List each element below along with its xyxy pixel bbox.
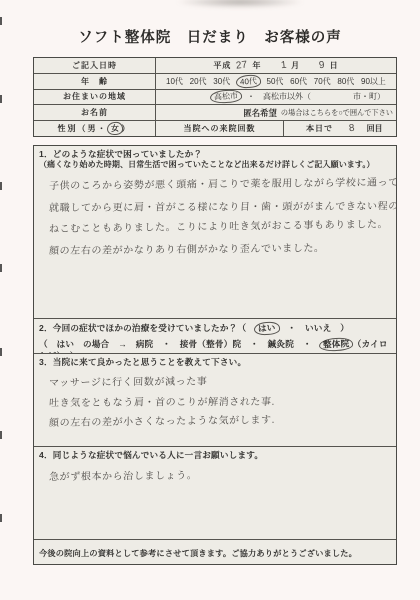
gender-label-open: 性別（ bbox=[58, 123, 88, 134]
area-other-suffix: 市・町） bbox=[353, 91, 385, 102]
question-4-answer: 急がず根本から治しましょう。 bbox=[49, 467, 391, 489]
yes-no-separator: ・ bbox=[279, 323, 305, 333]
answer-no: いいえ bbox=[305, 323, 331, 333]
footer-thanks-text: 今後の院向上の資料として参考にさせて頂きます。ご協力ありがとうございました。 bbox=[39, 548, 357, 559]
age-option-30s: 30代 bbox=[213, 76, 230, 87]
scan-mark bbox=[0, 182, 2, 190]
age-option-40s-circled: 40代 bbox=[236, 74, 262, 88]
row-gender-visits: 性別（ 男 ・ 女 ） 当院への来院回数 本日で 8 回目 bbox=[34, 120, 396, 136]
question-3-answer: マッサージに行く回数が減った事 吐き気をともなう肩・首のこりが解消された事. 顔… bbox=[49, 374, 391, 434]
area-label: お住まいの地域 bbox=[34, 90, 156, 105]
scan-shadow-artifact bbox=[175, 0, 305, 8]
entry-date-label: ご記入日時 bbox=[34, 58, 156, 73]
form-title: ソフト整体院 日だまり お客様の声 bbox=[0, 26, 420, 47]
question-2-section: 2．今回の症状でほかの治療を受けていましたか？（ はい ・ いいえ ） （ はい… bbox=[34, 318, 396, 353]
question-2-heading: 2．今回の症状でほかの治療を受けていましたか？（ はい ・ いいえ ） bbox=[39, 322, 391, 335]
age-option-90plus: 90以上 bbox=[361, 76, 386, 87]
area-value: 高松市 ・ 高松市以外（ 市・町） bbox=[156, 90, 396, 105]
visits-unit: 回目 bbox=[367, 123, 383, 134]
scan-mark bbox=[0, 514, 2, 522]
handwritten-line: 子供のころから姿勢が悪く頭痛・肩こりで薬を服用しながら学校に通っていました。 bbox=[49, 172, 392, 197]
gender-field: 性別（ 男 ・ 女 ） bbox=[34, 121, 156, 136]
footer-section: 今後の院向上の資料として参考にさせて頂きます。ご協力ありがとうございました。 bbox=[34, 539, 396, 566]
gender-option-female-circled: 女 bbox=[106, 122, 123, 136]
year-unit: 年 bbox=[253, 60, 262, 71]
age-option-50s: 50代 bbox=[267, 76, 284, 87]
anonymous-request-note: の場合はこちらを○で囲んで下さい bbox=[281, 108, 393, 118]
question-4-heading: 4．同じような症状で悩んでいる人に一言お願いします。 bbox=[39, 450, 391, 461]
scan-mark bbox=[0, 264, 2, 272]
patient-info-table: ご記入日時 平成 27 年 1 月 9 日 年 齢 10代 20代 30代 40… bbox=[33, 57, 397, 137]
visits-label: 当院への来院回数 bbox=[156, 121, 284, 136]
age-option-60s: 60代 bbox=[290, 76, 307, 87]
question-2-options: （ はい の場合 → 病院 ・ 接骨（整骨）院 ・ 鍼灸院 ・ 整体院（カイロな… bbox=[39, 338, 391, 353]
customer-feedback-form-scan: ソフト整体院 日だまり お客様の声 ご記入日時 平成 27 年 1 月 9 日 … bbox=[0, 0, 420, 600]
question-3-heading: 3．当院に来て良かったと思うことを教えて下さい。 bbox=[39, 357, 391, 368]
question-1-heading: 1．どのような症状で困っていましたか？ bbox=[39, 149, 391, 160]
age-option-10s: 10代 bbox=[166, 76, 183, 87]
scan-mark bbox=[0, 348, 2, 356]
question-1-answer: 子供のころから姿勢が悪く頭痛・肩こりで薬を服用しながら学校に通っていました。 就… bbox=[49, 176, 391, 262]
name-label: お名前 bbox=[34, 105, 156, 120]
row-area: お住まいの地域 高松市 ・ 高松市以外（ 市・町） bbox=[34, 89, 396, 105]
question-1-section: 1．どのような症状で困っていましたか？ （痛くなり始めた時期、日常生活で困ってい… bbox=[34, 146, 396, 318]
questions-table: 1．どのような症状で困っていましたか？ （痛くなり始めた時期、日常生活で困ってい… bbox=[33, 145, 397, 565]
area-city-circled: 高松市 bbox=[210, 90, 243, 105]
scan-mark bbox=[0, 17, 2, 25]
question-2-close: ） bbox=[331, 323, 349, 333]
scan-mark bbox=[0, 431, 2, 439]
age-option-80s: 80代 bbox=[337, 76, 354, 87]
question-1-subheading: （痛くなり始めた時期、日常生活で困っていたことなど出来るだけ詳しくご記入願います… bbox=[39, 160, 391, 170]
year-value-handwritten: 27 bbox=[234, 59, 250, 72]
handwritten-line: 顔の左右の差がかなりあり右側がかなり歪んでいました。 bbox=[49, 237, 392, 262]
age-option-70s: 70代 bbox=[314, 76, 331, 87]
name-value: 匿名希望 の場合はこちらを○で囲んで下さい bbox=[156, 105, 396, 120]
handwritten-line: マッサージに行く回数が減った事 bbox=[49, 370, 391, 394]
month-value-handwritten: 1 bbox=[278, 59, 289, 71]
handwritten-line: 顔の左右の差が小さくなったような気がします. bbox=[49, 409, 391, 434]
treatment-options-text: （ はい の場合 → 病院 ・ 接骨（整骨）院 ・ 鍼灸院 ・ bbox=[39, 339, 320, 349]
visits-count-handwritten: 8 bbox=[346, 123, 357, 135]
anonymous-request-label: 匿名希望 bbox=[243, 107, 277, 119]
treatment-seitai-circled: 整体院 bbox=[319, 337, 354, 352]
visits-prefix: 本日で bbox=[306, 123, 333, 134]
question-4-section: 4．同じような症状で悩んでいる人に一言お願いします。 急がず根本から治しましょう… bbox=[34, 446, 396, 539]
age-options: 10代 20代 30代 40代 50代 60代 70代 80代 90以上 bbox=[156, 74, 396, 89]
day-value-handwritten: 9 bbox=[317, 59, 328, 71]
row-name: お名前 匿名希望 の場合はこちらを○で囲んで下さい bbox=[34, 104, 396, 120]
month-unit: 月 bbox=[291, 60, 300, 71]
gender-option-male: 男 bbox=[88, 123, 98, 134]
area-other-option: ・ 高松市以外（ bbox=[247, 91, 311, 102]
visits-value: 本日で 8 回目 bbox=[284, 121, 396, 136]
answer-yes-circled: はい bbox=[254, 321, 280, 335]
handwritten-line: 急がず根本から治しましょう。 bbox=[49, 463, 392, 488]
day-unit: 日 bbox=[330, 60, 339, 71]
age-label: 年 齢 bbox=[34, 74, 156, 89]
handwritten-line: ねこむこともありました。こりにより吐き気がおこる事もありました。 bbox=[49, 214, 391, 240]
entry-date-value: 平成 27 年 1 月 9 日 bbox=[156, 58, 396, 73]
row-entry-date: ご記入日時 平成 27 年 1 月 9 日 bbox=[34, 58, 396, 73]
row-age: 年 齢 10代 20代 30代 40代 50代 60代 70代 80代 90以上 bbox=[34, 73, 396, 89]
era-label: 平成 bbox=[213, 60, 231, 71]
question-3-section: 3．当院に来て良かったと思うことを教えて下さい。 マッサージに行く回数が減った事… bbox=[34, 353, 396, 446]
question-2-text: 2．今回の症状でほかの治療を受けていましたか？（ bbox=[39, 323, 255, 333]
age-option-20s: 20代 bbox=[190, 76, 207, 87]
scan-mark bbox=[0, 95, 2, 103]
